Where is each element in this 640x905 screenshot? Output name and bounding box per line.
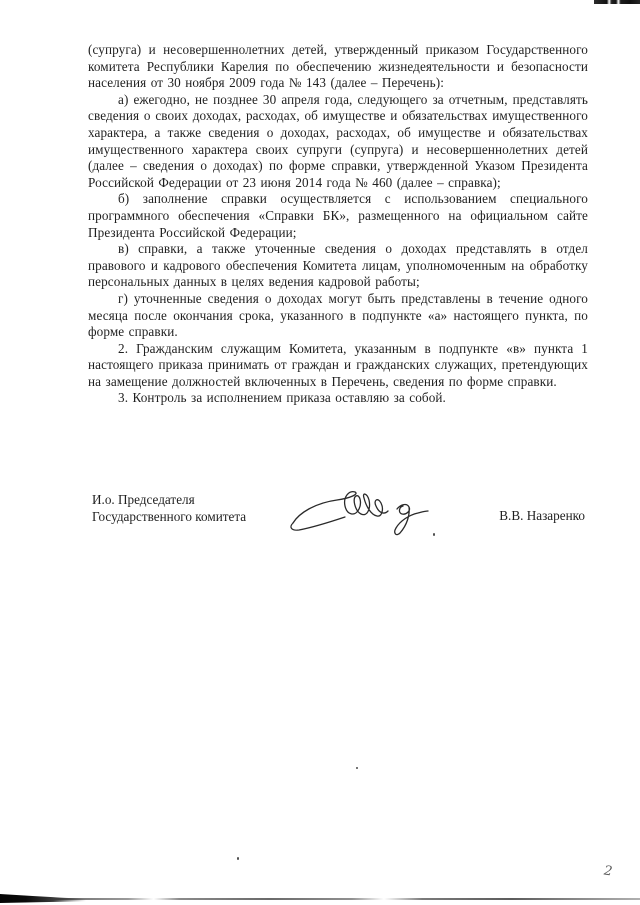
scan-edge-line	[0, 898, 640, 900]
signature-icon	[285, 487, 430, 547]
paragraph-item-2: 2. Гражданским служащим Комитета, указан…	[88, 341, 588, 391]
paragraph-subitem-b: б) заполнение справки осуществляется с и…	[88, 191, 588, 241]
scan-artifact-bottom-left	[0, 894, 86, 903]
scanned-document-page: (супруга) и несовершеннолетних детей, ут…	[0, 0, 640, 905]
paragraph-item-3: 3. Контроль за исполнением приказа остав…	[88, 390, 588, 407]
paragraph-subitem-g: г) уточненные сведения о доходах могут б…	[88, 291, 588, 341]
paragraph-subitem-v: в) справки, а также уточенные сведения о…	[88, 241, 588, 291]
document-body: (супруга) и несовершеннолетних детей, ут…	[88, 42, 588, 407]
ink-speck	[237, 857, 239, 860]
signer-title: И.о. Председателя Государственного комит…	[92, 491, 246, 525]
ink-speck	[433, 533, 435, 536]
paragraph-continuation: (супруга) и несовершеннолетних детей, ут…	[88, 42, 588, 92]
paragraph-subitem-a: а) ежегодно, не позднее 30 апреля года, …	[88, 92, 588, 192]
signature-block: И.о. Председателя Государственного комит…	[88, 489, 588, 551]
scan-artifact-top-right	[594, 0, 640, 4]
signer-name: В.В. Назаренко	[499, 507, 585, 524]
ink-speck	[356, 767, 358, 769]
page-number-handwritten: 2	[603, 863, 613, 879]
signer-title-line1: И.о. Председателя	[92, 491, 246, 508]
signer-title-line2: Государственного комитета	[92, 508, 246, 525]
